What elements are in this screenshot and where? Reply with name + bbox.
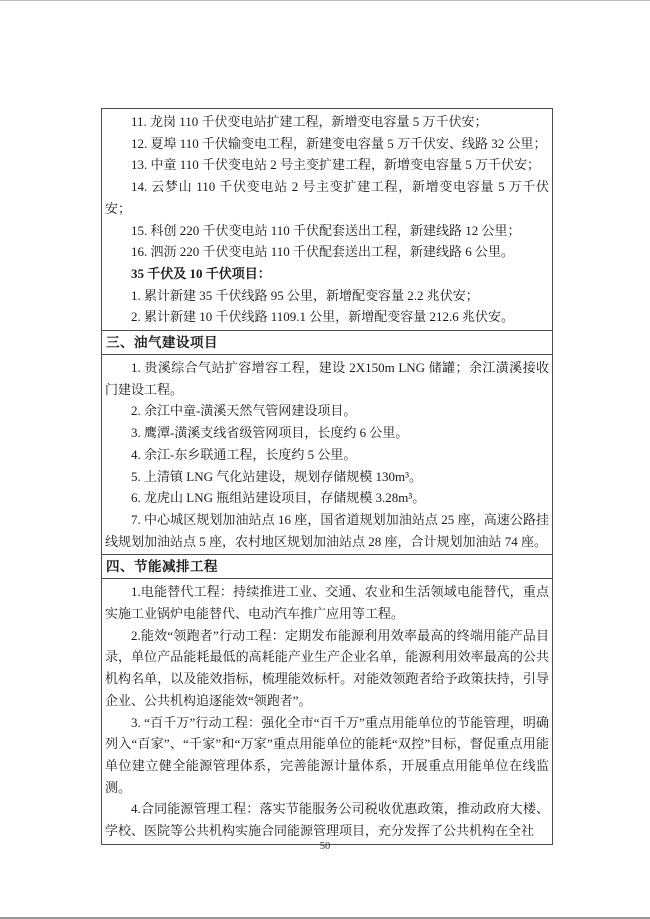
paragraph: 4.合同能源管理工程：落实节能服务公司税收优惠政策，推动政府大楼、学校、医院等公… — [105, 798, 549, 841]
energy-saving-projects: 1.电能替代工程：持续推进工业、交通、农业和生活领域电能替代，重点实施工业锅炉电… — [102, 579, 552, 843]
section-header-energy-saving: 四、节能减排工程 — [102, 555, 552, 579]
power-grid-projects-continued: 11. 龙岗 110 千伏变电站扩建工程，新增变电容量 5 万千伏安；12. 夏… — [102, 109, 552, 331]
paragraph: 5. 上清镇 LNG 气化站建设，规划存储规模 130m³。 — [105, 466, 549, 488]
paragraph: 13. 中童 110 千伏变电站 2 号主变扩建工程，新增变电容量 5 万千伏安… — [105, 154, 549, 176]
paragraph: 12. 夏埠 110 千伏输变电工程，新建变电容量 5 万千伏安、线路 32 公… — [105, 133, 549, 155]
paragraph: 7. 中心城区规划加油站点 16 座，国省道规划加油站点 25 座，高速公路挂线… — [105, 509, 549, 552]
paragraph: 16. 泗沥 220 千伏变电站 110 千伏配套送出工程，新建线路 6 公里。 — [105, 241, 549, 263]
document-table: 11. 龙岗 110 千伏变电站扩建工程，新增变电容量 5 万千伏安；12. 夏… — [101, 108, 553, 845]
paragraph: 35 千伏及 10 千伏项目： — [105, 263, 549, 285]
page-number: 50 — [0, 841, 650, 852]
paragraph: 15. 科创 220 千伏变电站 110 千伏配套送出工程，新建线路 12 公里… — [105, 220, 549, 242]
paragraph: 14. 云梦山 110 千伏变电站 2 号主变扩建工程，新增变电容量 5 万千伏… — [105, 176, 549, 219]
paragraph: 3. “百千万”行动工程：强化全市“百千万”重点用能单位的节能管理，明确列入“百… — [105, 712, 549, 799]
paragraph: 3. 鹰潭-潢溪支线省级管网项目，长度约 6 公里。 — [105, 422, 549, 444]
paragraph: 2.能效“领跑者”行动工程：定期发布能源利用效率最高的终端用能产品目录，单位产品… — [105, 625, 549, 712]
paragraph: 4. 余江-东乡联通工程，长度约 5 公里。 — [105, 444, 549, 466]
document-page: 11. 龙岗 110 千伏变电站扩建工程，新增变电容量 5 万千伏安；12. 夏… — [0, 0, 650, 919]
paragraph: 6. 龙虎山 LNG 瓶组站建设项目，存储规模 3.28m³。 — [105, 487, 549, 509]
oil-gas-projects: 1. 贵溪综合气站扩容增容工程，建设 2X150m LNG 储罐；余江潢溪接收门… — [102, 355, 552, 555]
paragraph: 11. 龙岗 110 千伏变电站扩建工程，新增变电容量 5 万千伏安； — [105, 111, 549, 133]
paragraph: 2. 累计新建 10 千伏线路 1109.1 公里，新增配变容量 212.6 兆… — [105, 306, 549, 328]
paragraph: 2. 余江中童-潢溪天然气管网建设项目。 — [105, 400, 549, 422]
paragraph: 1. 贵溪综合气站扩容增容工程，建设 2X150m LNG 储罐；余江潢溪接收门… — [105, 357, 549, 400]
scan-artifact-top — [0, 0, 650, 1]
paragraph: 1.电能替代工程：持续推进工业、交通、农业和生活领域电能替代，重点实施工业锅炉电… — [105, 581, 549, 624]
paragraph: 1. 累计新建 35 千伏线路 95 公里，新增配变容量 2.2 兆伏安； — [105, 285, 549, 307]
section-header-oil-gas: 三、油气建设项目 — [102, 331, 552, 355]
